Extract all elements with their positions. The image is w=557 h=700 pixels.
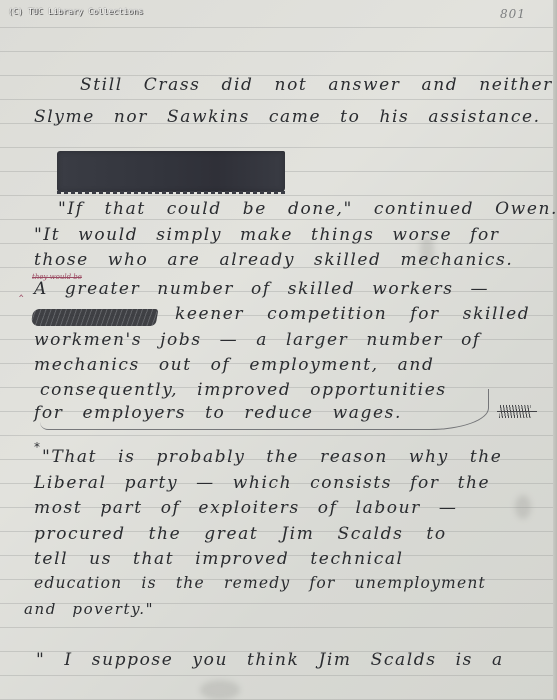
line-2: Slyme nor Sawkins came to his assistance… [34,107,541,127]
line-1: Still Crass did not answer and neither [80,75,553,95]
scribbled-out-word [31,309,159,326]
line-3: "If that could be done," continued Owen. [58,199,557,219]
line-19: " I suppose you think Jim Scalds is a [36,650,504,670]
line-15: procured the great Jim Scalds to [34,524,447,544]
ink-smudge [515,495,531,519]
line-7: keener competition for skilled [175,304,530,324]
line-18: and poverty." [24,600,154,618]
asterisk-mark: * [34,440,40,454]
line-6: A greater number of skilled workers — [34,279,489,299]
line-4: "It would simply make things worse for [34,225,500,245]
scribbled-out-word [499,405,531,418]
line-17: education is the remedy for unemployment [34,574,486,592]
line-16: tell us that improved technical [34,549,404,569]
insertion-loop-mark [40,389,489,430]
line-9: mechanics out of employment, and [34,355,434,375]
redacted-block [57,151,285,192]
copyright-watermark: (C) TUC Library Collections [8,7,143,16]
line-13: Liberal party — which consists for the [34,473,490,493]
manuscript-page: (C) TUC Library Collections 801 Still Cr… [0,0,557,700]
line-12: "That is probably the reason why the [42,447,502,467]
page-edge [553,0,557,700]
paper-stain [200,680,240,700]
insert-caret-icon: ‸ [19,283,23,298]
line-5: those who are already skilled mechanics. [34,250,513,270]
folio-number: 801 [500,7,526,21]
line-8: workmen's jobs — a larger number of [34,330,481,350]
line-14: most part of exploiters of labour — [34,498,458,518]
